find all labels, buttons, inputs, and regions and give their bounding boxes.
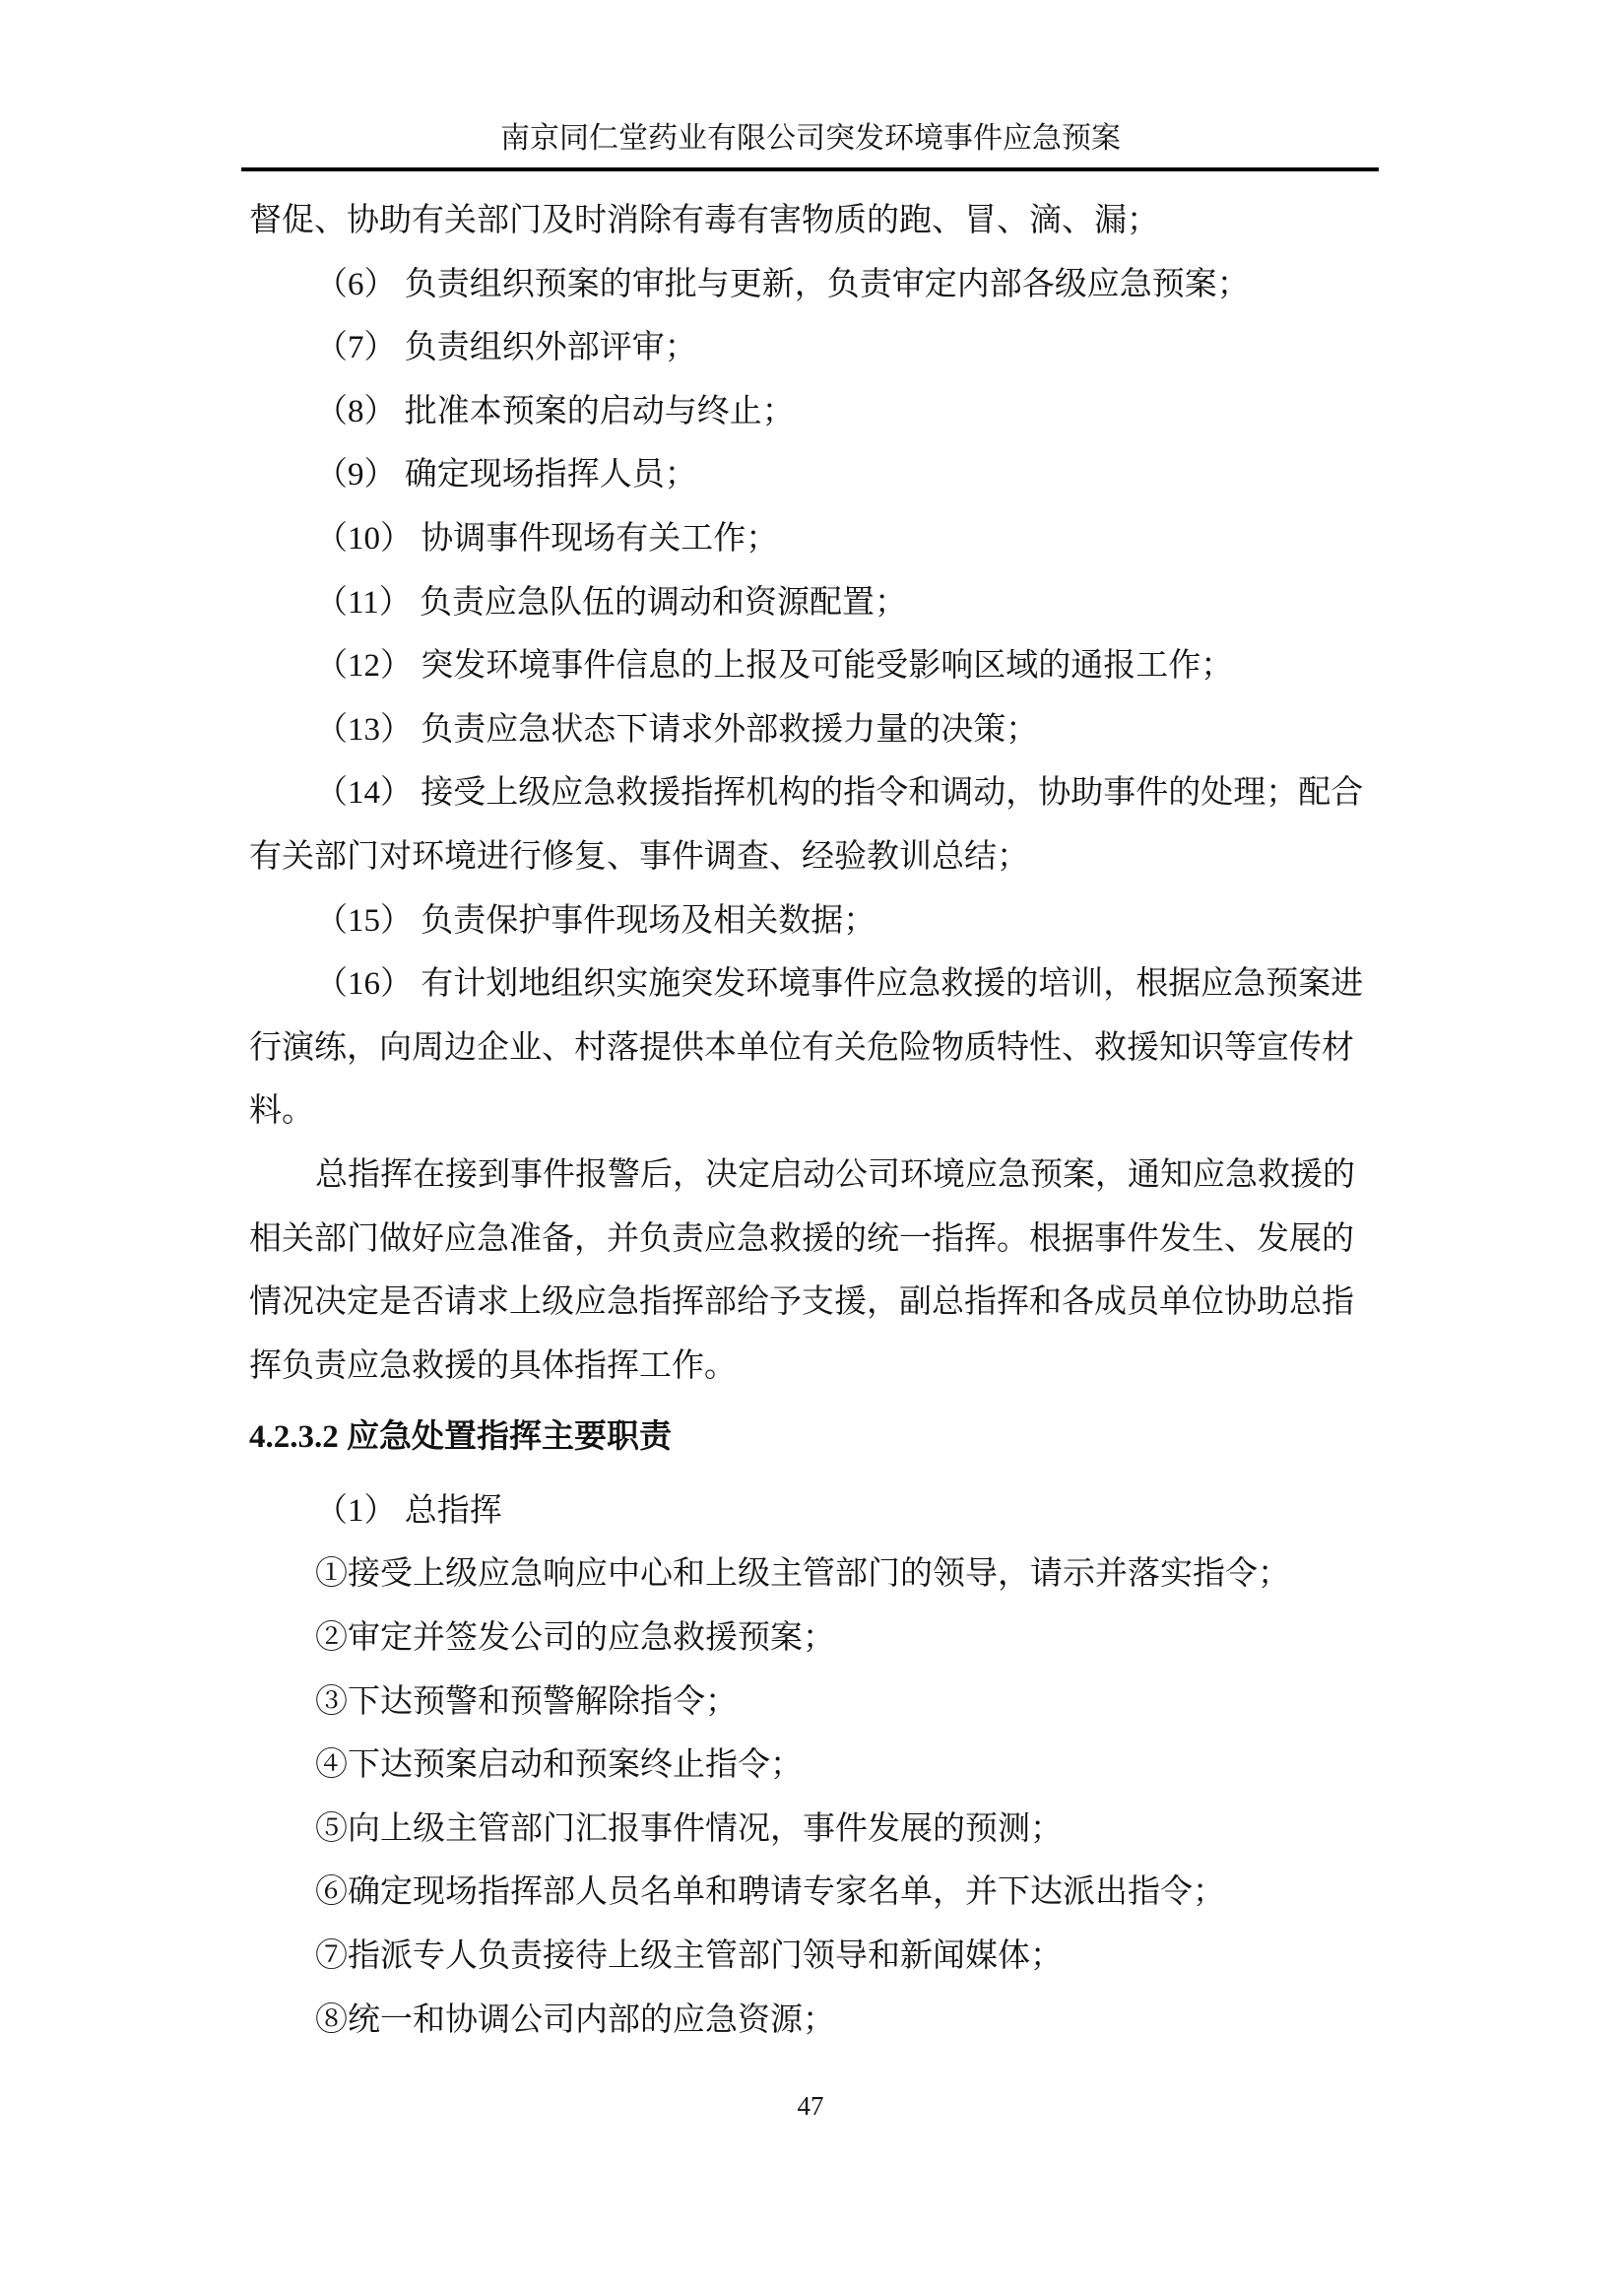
text-line: ⑤向上级主管部门汇报事件情况，事件发展的预测； [249,1798,1374,1862]
text-line: ③下达预警和预警解除指令； [249,1671,1374,1735]
text-line: 相关部门做好应急准备，并负责应急救援的统一指挥。根据事件发生、发展的 [249,1208,1374,1272]
text-line: （16） 有计划地组织实施突发环境事件应急救援的培训，根据应急预案进 [249,952,1374,1017]
document-body: 督促、协助有关部门及时消除有毒有害物质的跑、冒、滴、漏； （6） 负责组织预案的… [249,189,1374,2052]
text-line: （14） 接受上级应急救援指挥机构的指令和调动，协助事件的处理；配合 [249,761,1374,825]
text-line: （10） 协调事件现场有关工作； [249,507,1374,571]
text-line: （9） 确定现场指挥人员； [249,443,1374,507]
text-line: 挥负责应急救援的具体指挥工作。 [249,1335,1374,1399]
text-line: （7） 负责组织外部评审； [249,316,1374,380]
text-line: 情况决定是否请求上级应急指挥部给予支援，副总指挥和各成员单位协助总指 [249,1271,1374,1335]
text-line: （6） 负责组织预案的审批与更新，负责审定内部各级应急预案； [249,253,1374,317]
text-line: ⑥确定现场指挥部人员名单和聘请专家名单，并下达派出指令； [249,1861,1374,1925]
text-line: （15） 负责保护事件现场及相关数据； [249,889,1374,953]
text-line: ④下达预案启动和预案终止指令； [249,1734,1374,1798]
section-heading: 4.2.3.2 应急处置指挥主要职责 [249,1406,1374,1470]
text-line: （13） 负责应急状态下请求外部救援力量的决策； [249,698,1374,762]
text-line: ⑦指派专人负责接待上级主管部门领导和新闻媒体； [249,1925,1374,1989]
text-line: ⑧统一和协调公司内部的应急资源； [249,1989,1374,2053]
text-line: 行演练，向周边企业、村落提供本单位有关危险物质特性、救援知识等宣传材 [249,1017,1374,1081]
text-line: ①接受上级应急响应中心和上级主管部门的领导，请示并落实指令； [249,1542,1374,1607]
page-number: 47 [0,2090,1621,2122]
document-header-title: 南京同仁堂药业有限公司突发环境事件应急预案 [0,122,1621,156]
document-page: 南京同仁堂药业有限公司突发环境事件应急预案 督促、协助有关部门及时消除有毒有害物… [0,0,1621,2296]
text-line: （1） 总指挥 [249,1479,1374,1543]
header-rule [241,167,1379,171]
document-header: 南京同仁堂药业有限公司突发环境事件应急预案 [0,0,1621,171]
text-line: （11） 负责应急队伍的调动和资源配置； [249,571,1374,635]
text-line: 料。 [249,1080,1374,1144]
text-line: ②审定并签发公司的应急救援预案； [249,1607,1374,1671]
text-line: 总指挥在接到事件报警后，决定启动公司环境应急预案，通知应急救援的 [249,1144,1374,1208]
text-line: （8） 批准本预案的启动与终止； [249,380,1374,444]
text-line: 督促、协助有关部门及时消除有毒有害物质的跑、冒、滴、漏； [249,189,1374,253]
text-line: （12） 突发环境事件信息的上报及可能受影响区域的通报工作； [249,634,1374,698]
text-line: 有关部门对环境进行修复、事件调查、经验教训总结； [249,825,1374,889]
